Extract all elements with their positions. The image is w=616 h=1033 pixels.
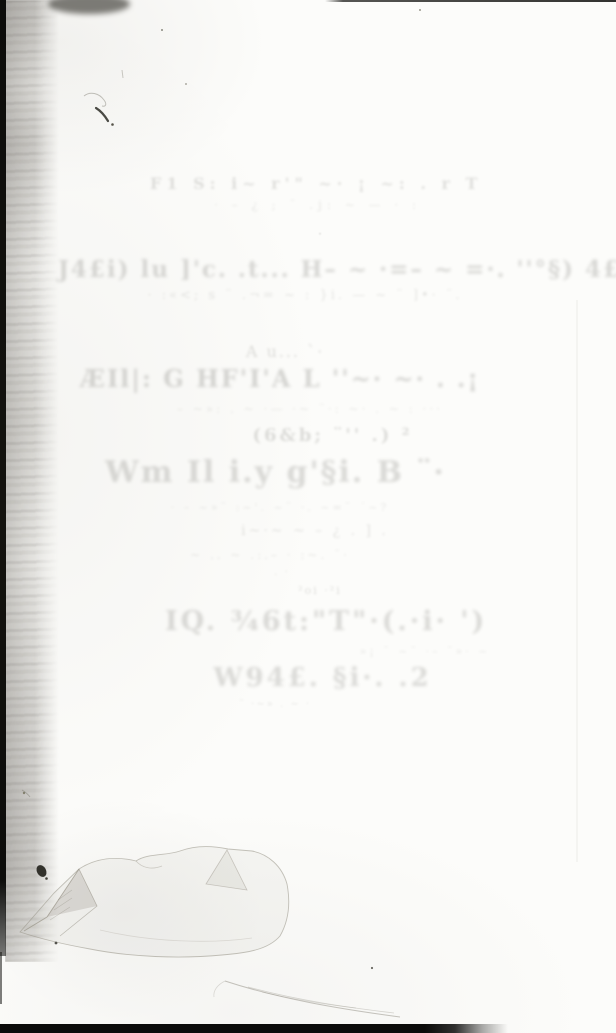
faded-text-line: . · [262, 568, 302, 578]
faded-text-line: – ~»: . ~ ·— ·~ ¨·: ~· . ~ : ··· [65, 403, 555, 415]
faded-text-layer: F1 S: i~ r'" ~· ¡ ~: . r T· – ¿ ; ¨ .j: … [0, 0, 616, 1033]
faded-text-line: A u... `· [225, 344, 345, 360]
faded-text-line: F1 S: i~ r'" ~· ¡ ~: . r T [150, 176, 480, 192]
faded-text-line: ~ .. ~ .:.– · :~. ¨· [110, 549, 430, 561]
faded-text-line: i~·~ ~ – ¿ . ] . [200, 524, 430, 538]
faded-text-line: W94£. §i·. .2 [190, 665, 455, 691]
faded-text-line: (6&b; ¨'' .) ² [235, 427, 430, 445]
faded-text-line: ÆIl|: G HF'I'A L ''~· ~· . .¡ [45, 367, 515, 391]
faded-text-line: · – ~»¨ :~'. ~¨ ·. ~=¨ ´~? [95, 502, 465, 513]
faded-text-line: ²oi ·²i [285, 585, 355, 596]
faded-text-line: · :«<; s ¨ .¬= ~ : }i. — ~ ¨ ]•· ¨. [75, 289, 535, 302]
faded-text-line: · – ¿ ; ¨ .j: ~ — · : [165, 199, 470, 211]
scanned-book-page: F1 S: i~ r'" ~· ¡ ~: . r T· – ¿ ; ¨ .j: … [0, 0, 616, 1033]
faded-text-line: J4£i) lu ]'c. .t... H– ~ ·=– ~ =·. ''°§)… [58, 258, 554, 281]
faded-text-line: Wm Il i.y g'§i. B ¨· [105, 458, 445, 488]
faded-text-line: »¡ ¨ ~¨ ·– ¨»· ~ [295, 646, 555, 657]
faded-text-line: ¨ ·~» . ~ · [215, 700, 335, 710]
faded-text-line: · [300, 228, 340, 240]
faded-text-line: IQ. ¾6t:"T"·(.·i· ') [165, 608, 480, 635]
